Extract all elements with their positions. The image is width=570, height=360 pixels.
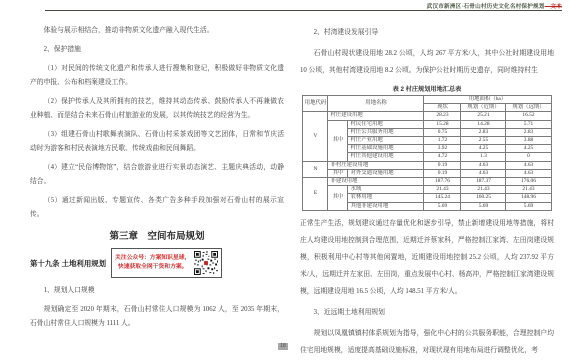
cell-name: 农林用地 <box>348 194 424 202</box>
col-header-far: 规划（远期） <box>506 104 551 112</box>
cell-name: 村庄其他建设用地 <box>348 153 424 161</box>
paragraph-measure-4: （4）建立“民俗博物馆”，结合旅游业进行实景动态演艺、主题庆典活动，动静结合。 <box>30 161 284 189</box>
table-row: N 非村庄建设用地 0.19 4.63 4.63 <box>303 161 551 169</box>
cell-value: 1.3 <box>461 153 506 161</box>
table-title: 表 2 村庄规划用地汇总表 <box>300 84 554 93</box>
document-page: 武汉市新洲区·石骨山村历史文化名村保护规划—文本 体验与展示相结合，推动非物质文… <box>0 0 570 360</box>
cell-code-n: N <box>303 161 328 177</box>
cell-value: 3.88 <box>506 137 551 145</box>
cell-among-label: 其中 <box>328 120 348 161</box>
col-header-status: 现状 <box>424 104 461 112</box>
col-header-area: 用地面积（ha） <box>424 96 551 104</box>
cell-among-label: 其中 <box>328 169 348 177</box>
cell-name: 非建设用地 <box>328 178 424 186</box>
cell-name: 非村庄建设用地 <box>328 161 424 169</box>
paragraph-after-table: 正常生产生活，规划建议通过存量优化和逐步引导，禁止新增建设用地等措施，将村庄人均… <box>300 215 554 300</box>
left-column: 体验与展示相结合，推动非物质文化遗产融入现代生活。 2、保护措施 （1）对民间的… <box>30 24 284 336</box>
cell-value: 0 <box>506 153 551 161</box>
cell-value: 4.25 <box>506 145 551 153</box>
chapter-title: 第三章 空间布局规划 <box>30 228 284 242</box>
cell-name: 村庄基础设施用地 <box>348 145 424 153</box>
article-title: 土地利用规划 <box>62 259 106 268</box>
cell-value: 5.71 <box>506 120 551 128</box>
cell-value: 145.24 <box>424 194 461 202</box>
cell-among-label: 其中 <box>328 186 348 211</box>
paragraph-measure-2: （2）保护传承人及其所拥有的技艺，维持其动态传承、鼓励传承人不再兼做农业种植、而… <box>30 95 284 123</box>
cell-value: 15.28 <box>424 120 461 128</box>
cell-name: 其他非建设用地 <box>348 202 424 210</box>
article-row: 第十九条 土地利用规划 关注公众号：方案知识星球， 快速获取全网干货和方案。 <box>30 248 284 278</box>
cell-value: 21.43 <box>424 186 461 194</box>
table-row: 其中 水域 21.43 21.43 21.43 <box>303 186 551 194</box>
heading-protection-measures: 2、保护措施 <box>30 43 284 57</box>
cell-value: 2.55 <box>461 137 506 145</box>
cell-value: 21.43 <box>461 186 506 194</box>
table-row: 其中 对外交通设施用地 0.19 4.63 4.63 <box>303 169 551 177</box>
promo-box: 关注公众号：方案知识星球， 快速获取全网干货和方案。 <box>111 248 222 278</box>
cell-value: 2.83 <box>461 128 506 136</box>
cell-name: 对外交通设施用地 <box>348 169 424 177</box>
cell-value: 0.19 <box>424 169 461 177</box>
col-header-near: 规划（近期） <box>461 104 506 112</box>
paragraph-measure-3: （3）组建石骨山村歌舞表演队、石骨山村采茶戏团等文艺团体，日常和节庆活动时为游客… <box>30 128 284 156</box>
paragraph-intro: 体验与展示相结合，推动非物质文化遗产融入现代生活。 <box>30 24 284 38</box>
cell-name: 村庄公共服务用地 <box>348 128 424 136</box>
paragraph-measure-5: （5）通过新闻出版、专题宣传、各类广告多种手段加强对石骨山村的展示宣传。 <box>30 194 284 222</box>
cell-value: 187.37 <box>461 178 506 186</box>
cell-value: 25.21 <box>461 112 506 120</box>
cell-value: 176.06 <box>506 178 551 186</box>
cell-value: 0.75 <box>424 128 461 136</box>
paragraph-population: 规划确定至 2020 年期末，石骨山村常住人口规模为 1062 人，至 2035… <box>30 303 284 331</box>
paragraph-measure-1: （1）对民间的传统文化遗产和传承人进行搜集和登记，积极做好非物质文化遗产的申报、… <box>30 62 284 90</box>
table-row: V 村庄建设用地 28.23 25.21 16.52 <box>303 112 551 120</box>
promo-line-2: 快速获取全网干货和方案。 <box>115 263 190 272</box>
header-rule <box>45 10 562 11</box>
heading-phases: 3、近远期土地利用规划 <box>300 304 554 321</box>
cell-value: 160.25 <box>461 194 506 202</box>
cell-code-e: E <box>303 178 328 211</box>
cell-value: 4.72 <box>424 153 461 161</box>
cell-name: 村庄产业用地 <box>348 137 424 145</box>
cell-value: 16.52 <box>506 112 551 120</box>
table-row: E 非建设用地 187.76 187.37 176.06 <box>303 178 551 186</box>
cell-value: 0.19 <box>424 161 461 169</box>
cell-value: 1.72 <box>424 137 461 145</box>
cell-value: 4.63 <box>506 161 551 169</box>
cell-value: 4.63 <box>506 169 551 177</box>
cell-code-v: V <box>303 112 328 161</box>
cell-name: 村庄建设用地 <box>328 112 424 120</box>
paragraph-phases: 规划以凤凰镇镇村体系规划为指导，强化中心村的公共服务职能，合理控制户均住宅用地规… <box>300 325 554 359</box>
right-column: 2、村湾建设发展引导 石骨山村现状建设用地 28.2 公顷，人均 267 平方米… <box>300 24 554 360</box>
cell-name: 村民住宅用地 <box>348 120 424 128</box>
promo-text: 关注公众号：方案知识星球， 快速获取全网干货和方案。 <box>115 254 190 272</box>
paragraph-guide: 石骨山村现状建设用地 28.2 公顷，人均 267 平方米/人，其中公社时期建设… <box>300 45 554 79</box>
table-row: 其中 村民住宅用地 15.28 14.28 5.71 <box>303 120 551 128</box>
cell-value: 14.28 <box>461 120 506 128</box>
cell-value: 4.63 <box>461 169 506 177</box>
promo-line-1: 关注公众号：方案知识星球， <box>115 254 190 263</box>
cell-value: 21.43 <box>506 186 551 194</box>
cell-value: 4.25 <box>461 145 506 153</box>
cell-value: 5.69 <box>424 202 461 210</box>
cell-value: 5.69 <box>506 202 551 210</box>
cell-value: 148.96 <box>506 194 551 202</box>
land-use-table: 用地代码 用地名称 用地面积（ha） 现状 规划（近期） 规划（远期） V 村庄… <box>302 95 551 211</box>
cell-value: 28.23 <box>424 112 461 120</box>
page-number: 18 <box>278 343 288 350</box>
cell-value: 4.63 <box>461 161 506 169</box>
qr-code-icon <box>194 251 218 275</box>
cell-value: 2.83 <box>506 128 551 136</box>
table-header-row: 用地代码 用地名称 用地面积（ha） <box>303 96 551 104</box>
heading-population: 1、规划人口规模 <box>30 284 284 298</box>
article-number: 第十九条 <box>30 259 60 268</box>
article-heading: 第十九条 土地利用规划 <box>30 258 106 269</box>
cell-value: 5.69 <box>461 202 506 210</box>
heading-village-guide: 2、村湾建设发展引导 <box>300 24 554 41</box>
cell-name: 水域 <box>348 186 424 194</box>
col-header-name: 用地名称 <box>328 96 424 112</box>
page-header: 武汉市新洲区·石骨山村历史文化名村保护规划—文本 <box>427 2 562 10</box>
cell-value: 3.92 <box>424 145 461 153</box>
col-header-code: 用地代码 <box>303 96 328 112</box>
cell-value: 187.76 <box>424 178 461 186</box>
